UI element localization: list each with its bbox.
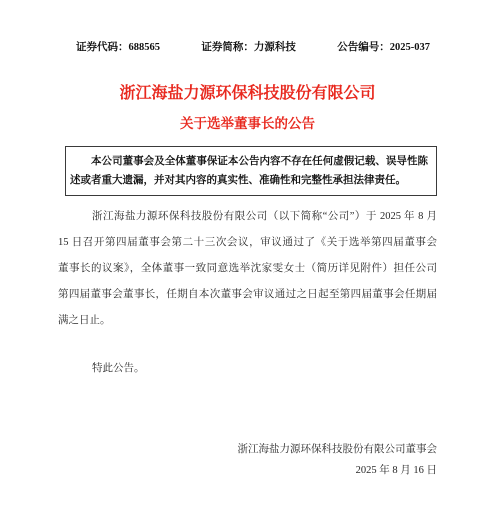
announcement-document: 证券代码：688565 证券简称：力源科技 公告编号：2025-037 浙江海盐… <box>0 0 500 522</box>
body-line: 第四届董事会董事长，任期自本次董事会审议通过之日起至第四届董事会任期届 <box>58 282 437 308</box>
body-line: 15 日召开第四届董事会第二十三次会议，审议通过了《关于选举第四届董事会 <box>58 230 437 256</box>
closing-text: 特此公告。 <box>58 356 437 382</box>
signature-date: 2025 年 8 月 16 日 <box>58 460 437 482</box>
announcement-number: 公告编号：2025-037 <box>337 40 430 55</box>
signature-company: 浙江海盐力源环保科技股份有限公司董事会 <box>58 440 437 460</box>
body-line: 满之日止。 <box>58 308 437 334</box>
stock-code: 证券代码：688565 <box>76 40 160 55</box>
body-line: 浙江海盐力源环保科技股份有限公司（以下简称“公司”）于 2025 年 8 月 <box>58 204 437 230</box>
disclaimer-line: 本公司董事会及全体董事保证本公告内容不存在任何虚假记载、误导性陈 <box>70 152 428 171</box>
body-line: 董事长的议案》，全体董事一致同意选举沈家雯女士（简历详见附件）担任公司 <box>58 256 437 282</box>
body-paragraph: 浙江海盐力源环保科技股份有限公司（以下简称“公司”）于 2025 年 8 月 1… <box>58 204 437 334</box>
disclaimer-box: 本公司董事会及全体董事保证本公告内容不存在任何虚假记载、误导性陈 述或者重大遗漏… <box>65 146 437 196</box>
document-header: 证券代码：688565 证券简称：力源科技 公告编号：2025-037 <box>58 40 437 55</box>
disclaimer-line: 述或者重大遗漏，并对其内容的真实性、准确性和完整性承担法律责任。 <box>70 171 428 190</box>
stock-abbr: 证券简称：力源科技 <box>201 40 296 55</box>
announcement-title: 关于选举董事长的公告 <box>58 115 437 133</box>
company-title: 浙江海盐力源环保科技股份有限公司 <box>58 83 437 105</box>
